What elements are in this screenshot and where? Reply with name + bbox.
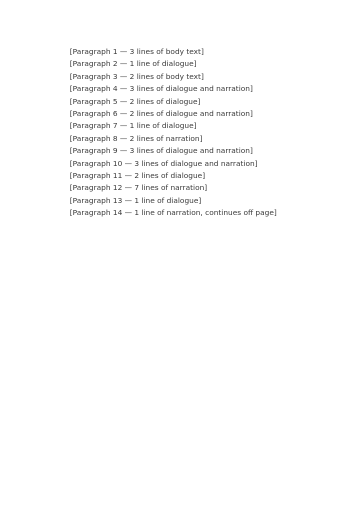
paragraph: [Paragraph 10 — 3 lines of dialogue and … — [55, 158, 307, 170]
document-page: [Paragraph 1 — 3 lines of body text] [Pa… — [55, 46, 307, 220]
paragraph: [Paragraph 3 — 2 lines of body text] — [55, 71, 307, 83]
paragraph: [Paragraph 13 — 1 line of dialogue] — [55, 195, 307, 207]
paragraph: [Paragraph 2 — 1 line of dialogue] — [55, 58, 307, 70]
paragraph: [Paragraph 9 — 3 lines of dialogue and n… — [55, 145, 307, 157]
paragraph: [Paragraph 14 — 1 line of narration, con… — [55, 207, 307, 219]
paragraph: [Paragraph 4 — 3 lines of dialogue and n… — [55, 83, 307, 95]
paragraph: [Paragraph 8 — 2 lines of narration] — [55, 133, 307, 145]
paragraph: [Paragraph 12 — 7 lines of narration] — [55, 182, 307, 194]
paragraph: [Paragraph 5 — 2 lines of dialogue] — [55, 96, 307, 108]
paragraph: [Paragraph 6 — 2 lines of dialogue and n… — [55, 108, 307, 120]
paragraph: [Paragraph 7 — 1 line of dialogue] — [55, 120, 307, 132]
paragraph: [Paragraph 1 — 3 lines of body text] — [55, 46, 307, 58]
paragraph: [Paragraph 11 — 2 lines of dialogue] — [55, 170, 307, 182]
